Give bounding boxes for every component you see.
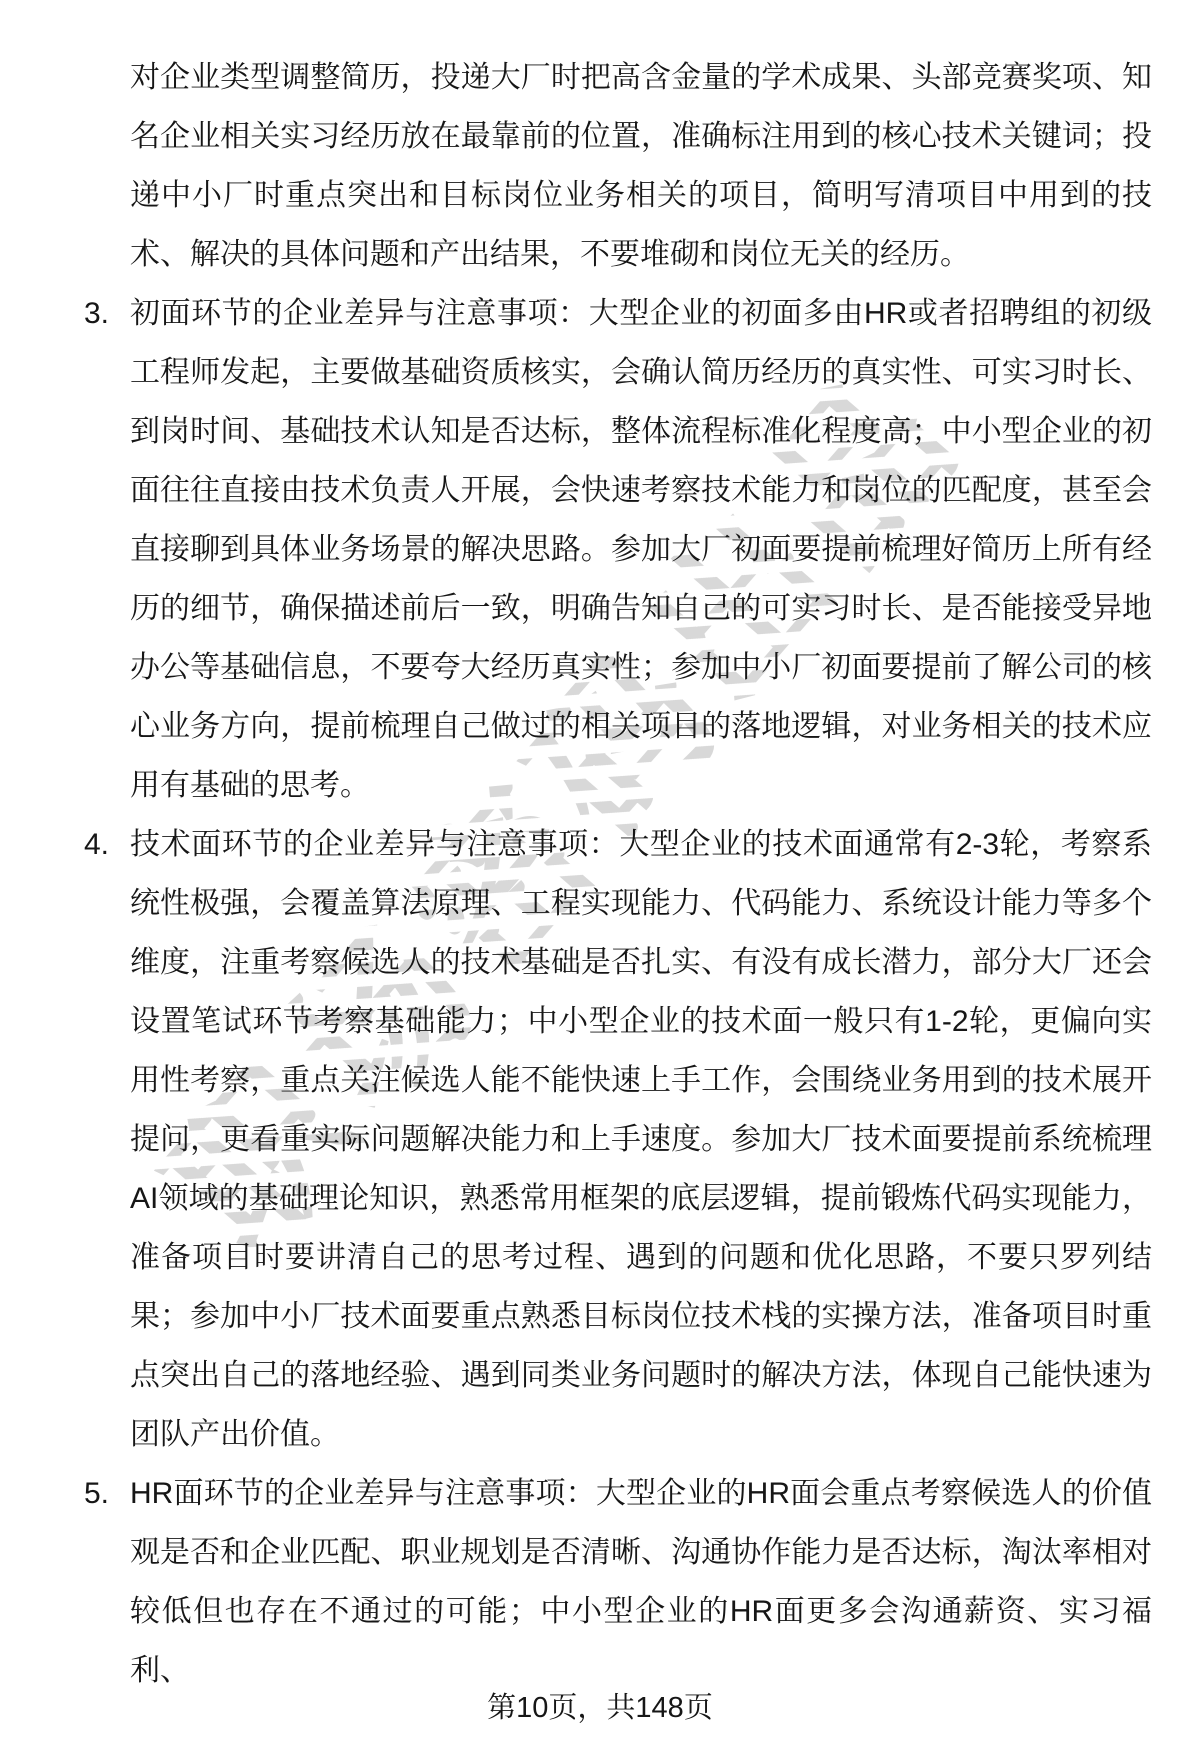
list-item: 3. 初面环节的企业差异与注意事项：大型企业的初面多由HR或者招聘组的初级工程师… <box>130 284 1152 815</box>
document-page: 职场密码出品 对企业类型调整简历，投递大厂时把高含金量的学术成果、头部竞赛奖项、… <box>0 0 1200 1755</box>
page-content: 对企业类型调整简历，投递大厂时把高含金量的学术成果、头部竞赛奖项、知名企业相关实… <box>130 48 1152 1700</box>
paragraph-continuation: 对企业类型调整简历，投递大厂时把高含金量的学术成果、头部竞赛奖项、知名企业相关实… <box>130 48 1152 284</box>
list-item-number: 4. <box>84 815 124 874</box>
list-item-number: 3. <box>84 284 124 343</box>
list-item: 4. 技术面环节的企业差异与注意事项：大型企业的技术面通常有2-3轮，考察系统性… <box>130 815 1152 1464</box>
list-item-number: 5. <box>84 1464 124 1523</box>
list-item: 5. HR面环节的企业差异与注意事项：大型企业的HR面会重点考察候选人的价值观是… <box>130 1464 1152 1700</box>
page-footer: 第10页，共148页 <box>0 1678 1200 1738</box>
list-item-text: 技术面环节的企业差异与注意事项：大型企业的技术面通常有2-3轮，考察系统性极强，… <box>130 828 1152 1451</box>
list-item-text: HR面环节的企业差异与注意事项：大型企业的HR面会重点考察候选人的价值观是否和企… <box>130 1477 1152 1687</box>
list-item-text: 初面环节的企业差异与注意事项：大型企业的初面多由HR或者招聘组的初级工程师发起，… <box>130 297 1152 802</box>
